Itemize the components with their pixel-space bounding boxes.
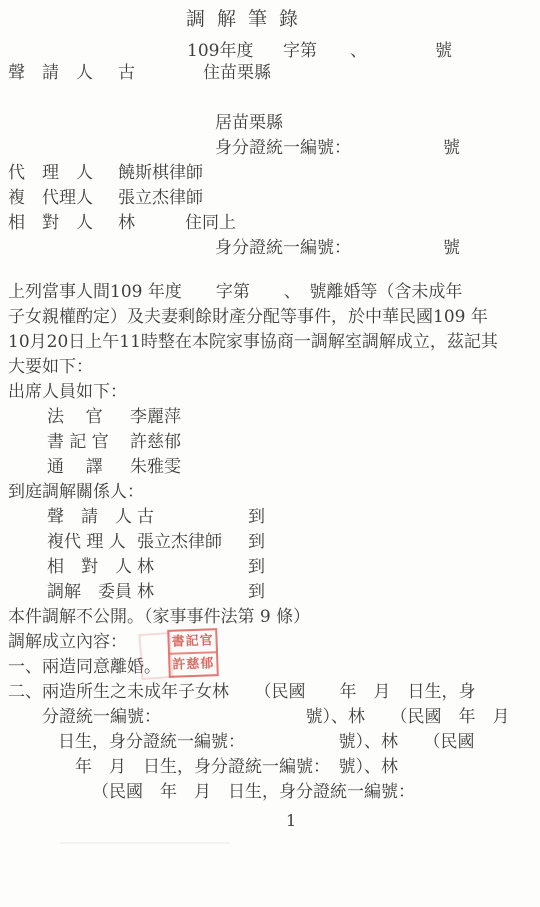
present-header: 到庭調解關係人： [0, 481, 540, 505]
not-public-line: 本件調解不公開。（家事事件法第 9 條） [0, 606, 540, 630]
respondent-name: 林 [118, 212, 135, 234]
interpreter-role: 通 譯 [47, 456, 103, 478]
present-mediator-status: 到 [248, 581, 265, 603]
case-hao: 號 [435, 40, 452, 62]
case-year: 109年度 [187, 40, 253, 62]
present-subagent-role: 複代 理 人 [47, 531, 126, 553]
judge-role: 法 官 [47, 406, 103, 428]
resolution-item-2-line-4: 年 月 日生，身分證統一編號： 號）、林 [0, 756, 540, 780]
applicant-residence2-row: 居苗栗縣 [0, 112, 540, 136]
present-row-respondent: 相 對 人 林 到 [0, 556, 540, 580]
present-applicant-role: 聲 請 人 [47, 506, 132, 528]
present-respondent-status: 到 [248, 556, 265, 578]
interpreter-name: 朱雅雯 [130, 456, 181, 478]
agent-name: 饒斯棋律師 [118, 162, 203, 184]
page-number: 1 [286, 810, 296, 834]
id-tail: 號 [443, 237, 460, 259]
resolution-item-2-line-1: 二、兩造所生之未成年子女林 （民國 年 月 日生，身 [0, 681, 540, 705]
attendance-row-interpreter: 通 譯 朱雅雯 [0, 456, 540, 480]
resolution-item-1: 一、兩造同意離婚。 [0, 656, 540, 680]
body-line-3: 10月20日上午11時整在本院家事協商一調解室調解成立，茲記其 [0, 331, 540, 355]
attendance-header: 出席人員如下： [0, 381, 540, 405]
applicant-id-row: 身分證統一編號： 號 [0, 137, 540, 161]
present-subagent-status: 到 [248, 531, 265, 553]
respondent-residence: 住同上 [185, 212, 236, 234]
case-separator: 、 [350, 40, 367, 62]
case-number-line: 109年度 字第 、 號 [0, 40, 540, 64]
present-row-applicant: 聲 請 人 古 到 [0, 506, 540, 530]
scan-smudge [60, 842, 230, 844]
resolution-item-2-line-3: 日生，身分證統一編號： 號）、林 （民國 [0, 731, 540, 755]
subagent-name: 張立杰律師 [118, 187, 203, 209]
present-mediator-name: 林 [137, 581, 154, 603]
clerk-name: 許慈郁 [130, 431, 181, 453]
applicant-residence2: 居苗栗縣 [215, 112, 283, 134]
respondent-label: 相 對 人 [8, 212, 93, 234]
clerk-seal-title: 書記官 [169, 630, 216, 655]
clerk-seal-stamp: 書記官 許慈郁 [167, 628, 219, 678]
judge-name: 李麗萍 [130, 406, 181, 428]
present-subagent-name: 張立杰律師 [137, 531, 222, 553]
body-line-1: 上列當事人間109 年度 字第 、 號離婚等（含未成年 [0, 281, 540, 305]
doc-title: 調解筆錄 [186, 8, 310, 32]
body-line-4: 大要如下： [0, 356, 540, 380]
applicant-row: 聲 請 人 古 住苗栗縣 [0, 62, 540, 86]
clerk-role: 書 記 官 [47, 431, 109, 453]
clerk-seal-name: 許慈郁 [170, 653, 217, 676]
agent-label: 代 理 人 [8, 162, 93, 184]
respondent-id-row: 身分證統一編號： 號 [0, 237, 540, 261]
body-line-2: 子女親權酌定）及夫妻剩餘財產分配等事件，於中華民國109 年 [0, 306, 540, 330]
applicant-name: 古 [118, 62, 135, 84]
present-respondent-role: 相 對 人 [47, 556, 132, 578]
subagent-label: 複 代理人 [8, 187, 93, 209]
id-label: 身分證統一編號： [215, 237, 351, 259]
present-row-mediator: 調解 委員 林 到 [0, 581, 540, 605]
present-applicant-status: 到 [248, 506, 265, 528]
respondent-row: 相 對 人 林 住同上 [0, 212, 540, 236]
present-respondent-name: 林 [137, 556, 154, 578]
resolution-item-2-line-2: 分證統一編號： 號）、林 （民國 年 月 [0, 706, 540, 730]
case-zi-di: 字第 [283, 40, 317, 62]
present-applicant-name: 古 [137, 506, 154, 528]
id-label: 身分證統一編號： [215, 137, 351, 159]
mediation-record-page: 調解筆錄 109年度 字第 、 號 聲 請 人 古 住苗栗縣 居苗栗縣 身分證統… [0, 0, 540, 907]
resolution-item-2-line-5: （民國 年 月 日生，身分證統一編號： [0, 781, 540, 805]
content-header: 調解成立內容： [0, 631, 540, 655]
id-tail: 號 [443, 137, 460, 159]
present-row-subagent: 複代 理 人 張立杰律師 到 [0, 531, 540, 555]
present-mediator-role: 調解 委員 [47, 581, 132, 603]
subagent-row: 複 代理人 張立杰律師 [0, 187, 540, 211]
attendance-row-judge: 法 官 李麗萍 [0, 406, 540, 430]
agent-row: 代 理 人 饒斯棋律師 [0, 162, 540, 186]
attendance-row-clerk: 書 記 官 許慈郁 [0, 431, 540, 455]
applicant-residence: 住苗栗縣 [203, 62, 271, 84]
applicant-label: 聲 請 人 [8, 62, 93, 84]
